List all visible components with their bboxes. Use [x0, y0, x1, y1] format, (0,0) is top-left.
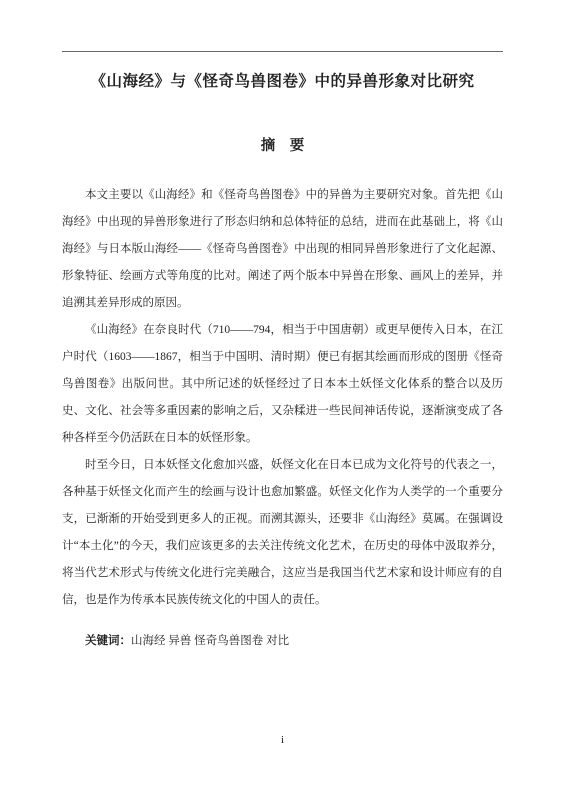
keywords-label: 关键词：: [85, 635, 131, 647]
page-title: 《山海经》与《怪奇鸟兽图卷》中的异兽形象对比研究: [62, 72, 503, 92]
abstract-paragraph-1: 本文主要以《山海经》和《怪奇鸟兽图卷》中的异兽为主要研究对象。首先把《山海经》中…: [62, 182, 503, 317]
keywords-line: 关键词：山海经 异兽 怪奇鸟兽图卷 对比: [62, 628, 503, 655]
page-number: i: [0, 733, 565, 747]
abstract-paragraph-2: 《山海经》在奈良时代（710——794，相当于中国唐朝）或更早便传入日本，在江户…: [62, 317, 503, 452]
keywords-text: 山海经 异兽 怪奇鸟兽图卷 对比: [131, 635, 289, 647]
document-page: 《山海经》与《怪奇鸟兽图卷》中的异兽形象对比研究 摘 要 本文主要以《山海经》和…: [0, 0, 565, 800]
header-divider-line: [62, 51, 503, 52]
abstract-heading: 摘 要: [62, 137, 503, 155]
abstract-body: 本文主要以《山海经》和《怪奇鸟兽图卷》中的异兽为主要研究对象。首先把《山海经》中…: [62, 182, 503, 614]
abstract-paragraph-3: 时至今日，日本妖怪文化愈加兴盛，妖怪文化在日本已成为文化符号的代表之一，各种基于…: [62, 452, 503, 614]
